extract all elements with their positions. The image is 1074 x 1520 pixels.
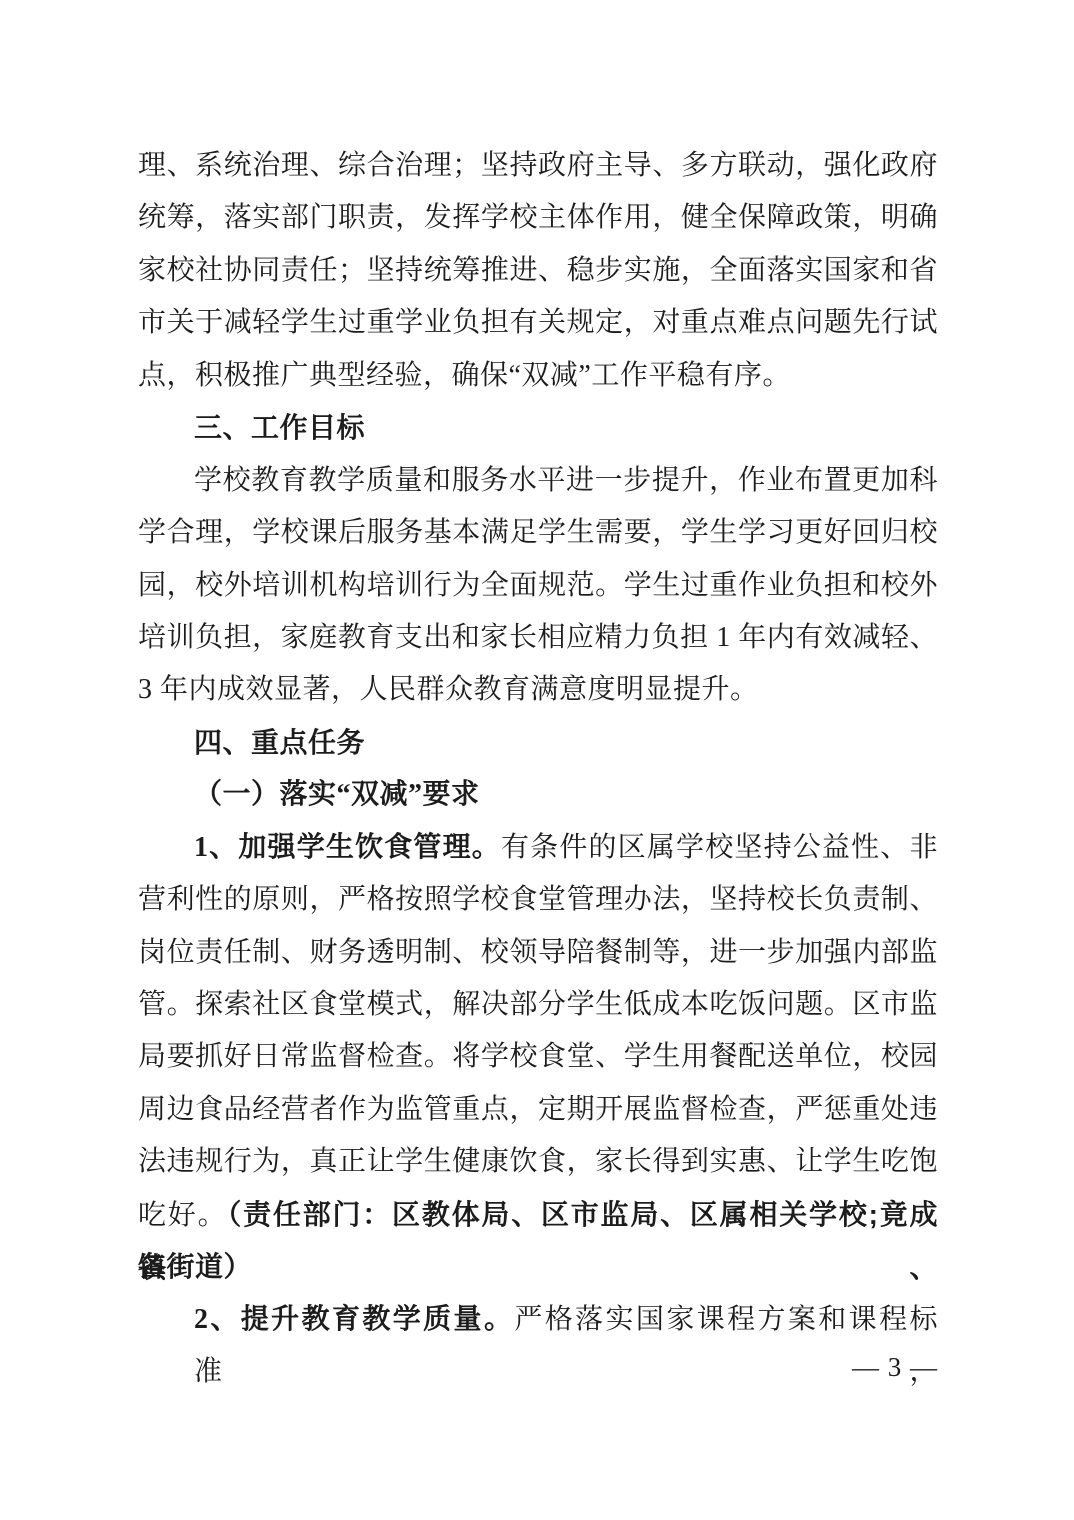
- text-line: 周边食品经营者作为监管重点，定期开展监督检查，严惩重处违: [138, 1084, 938, 1136]
- text-segment: 学合理，学校课后服务基本满足学生需要，学生学习更好回归校: [138, 517, 938, 548]
- text-segment: 1、加强学生饮食管理。: [194, 832, 501, 863]
- text-line: 营利性的原则，严格按照学校食堂管理办法，坚持校长负责制、: [138, 874, 938, 926]
- text-line: 吃好。（责任部门：区教体局、区市监局、区属相关学校;竟成镇、: [138, 1189, 938, 1241]
- text-segment: 统筹，落实部门职责，发挥学校主体作用，健全保障政策，明确: [138, 202, 938, 233]
- page-number: — 3 —: [852, 1352, 938, 1383]
- text-segment: 局要抓好日常监督检查。将学校食堂、学生用餐配送单位，校园: [138, 1041, 938, 1072]
- text-line: 园，校外培训机构培训行为全面规范。学生过重作业负担和校外: [138, 560, 938, 612]
- text-segment: 3 年内成效显著，人民群众教育满意度明显提升。: [138, 674, 759, 705]
- document-body: 理、系统治理、综合治理；坚持政府主导、多方联动，强化政府统筹，落实部门职责，发挥…: [138, 140, 938, 1346]
- text-segment: 周边食品经营者作为监管重点，定期开展监督检查，严惩重处违: [138, 1094, 938, 1125]
- text-segment: 培训负担，家庭教育支出和家长相应精力负担 1 年内有效减轻、: [138, 622, 938, 653]
- text-segment: 管。探索社区食堂模式，解决部分学生低成本吃饭问题。区市监: [138, 989, 938, 1020]
- document-page: 理、系统治理、综合治理；坚持政府主导、多方联动，强化政府统筹，落实部门职责，发挥…: [0, 0, 1074, 1520]
- text-line: 点，积极推广典型经验，确保“双减”工作平稳有序。: [138, 350, 938, 402]
- text-line: 3 年内成效显著，人民群众教育满意度明显提升。: [138, 664, 938, 716]
- text-line: 家校社协同责任；坚持统筹推进、稳步实施，全面落实国家和省: [138, 245, 938, 297]
- text-line: 2、提升教育教学质量。严格落实国家课程方案和课程标准，: [138, 1294, 938, 1346]
- text-segment: 法违规行为，真正让学生健康饮食，家长得到实惠、让学生吃饱: [138, 1146, 938, 1177]
- text-segment: 理、系统治理、综合治理；坚持政府主导、多方联动，强化政府: [138, 150, 938, 181]
- text-line: 理、系统治理、综合治理；坚持政府主导、多方联动，强化政府: [138, 140, 938, 192]
- text-line: 学校教育教学质量和服务水平进一步提升，作业布置更加科: [138, 455, 938, 507]
- text-line: 岗位责任制、财务透明制、校领导陪餐制等，进一步加强内部监: [138, 927, 938, 979]
- text-segment: 各街道）: [138, 1251, 252, 1282]
- text-line: （一）落实“双减”要求: [138, 769, 938, 821]
- text-line: 学合理，学校课后服务基本满足学生需要，学生学习更好回归校: [138, 507, 938, 559]
- text-line: 局要抓好日常监督检查。将学校食堂、学生用餐配送单位，校园: [138, 1031, 938, 1083]
- text-line: 管。探索社区食堂模式，解决部分学生低成本吃饭问题。区市监: [138, 979, 938, 1031]
- text-line: 市关于减轻学生过重学业负担有关规定，对重点难点问题先行试: [138, 297, 938, 349]
- text-segment: 点，积极推广典型经验，确保“双减”工作平稳有序。: [138, 360, 791, 391]
- text-line: 法违规行为，真正让学生健康饮食，家长得到实惠、让学生吃饱: [138, 1136, 938, 1188]
- text-line: 统筹，落实部门职责，发挥学校主体作用，健全保障政策，明确: [138, 192, 938, 244]
- text-segment: 学校教育教学质量和服务水平进一步提升，作业布置更加科: [194, 465, 938, 496]
- text-segment: 有条件的区属学校坚持公益性、非: [501, 832, 938, 863]
- text-segment: 园，校外培训机构培训行为全面规范。学生过重作业负担和校外: [138, 570, 938, 601]
- text-segment: 吃好。: [138, 1200, 227, 1231]
- text-line: 四、重点任务: [138, 717, 938, 769]
- text-line: 三、工作目标: [138, 402, 938, 454]
- text-segment: 家校社协同责任；坚持统筹推进、稳步实施，全面落实国家和省: [138, 255, 938, 286]
- text-segment: （一）落实“双减”要求: [194, 779, 480, 810]
- text-segment: 岗位责任制、财务透明制、校领导陪餐制等，进一步加强内部监: [138, 937, 938, 968]
- text-segment: 三、工作目标: [194, 412, 365, 443]
- text-line: 培训负担，家庭教育支出和家长相应精力负担 1 年内有效减轻、: [138, 612, 938, 664]
- text-line: 1、加强学生饮食管理。有条件的区属学校坚持公益性、非: [138, 822, 938, 874]
- text-segment: （责任部门：区教体局、区市监局、区属相关学校;竟成镇、: [138, 1199, 938, 1283]
- text-segment: 市关于减轻学生过重学业负担有关规定，对重点难点问题先行试: [138, 307, 938, 338]
- text-segment: 四、重点任务: [194, 727, 365, 758]
- text-segment: 营利性的原则，严格按照学校食堂管理办法，坚持校长负责制、: [138, 884, 938, 915]
- text-segment: 2、提升教育教学质量。: [194, 1304, 514, 1335]
